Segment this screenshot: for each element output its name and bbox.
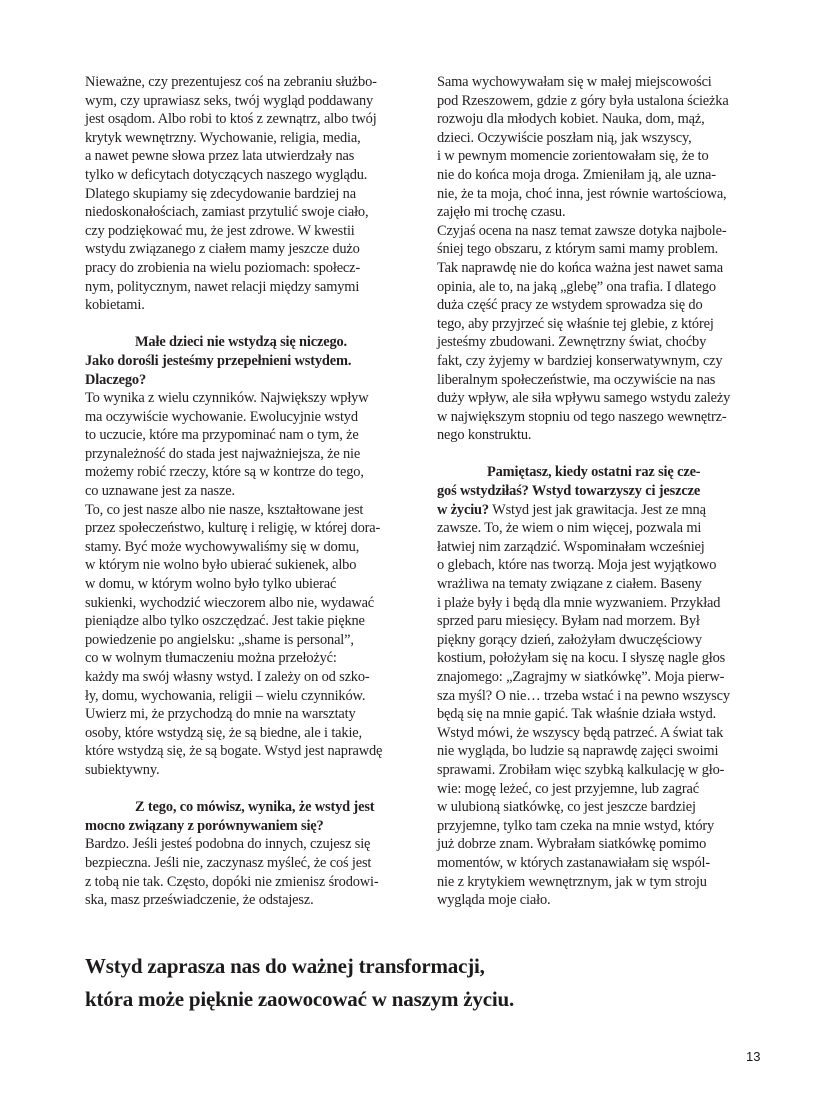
pull-quote: Wstyd zaprasza nas do ważnej transformac…: [85, 950, 514, 1015]
left-column: Nieważne, czy prezentujesz coś na zebran…: [85, 73, 403, 910]
interview-question-answer: Pamiętasz, kiedy ostatni raz się cze- go…: [437, 463, 762, 909]
article-body: Nieważne, czy prezentujesz coś na zebran…: [85, 73, 762, 910]
page-number: 13: [746, 1049, 760, 1064]
paragraph: Sama wychowywałam się w małej miejscowoś…: [437, 73, 762, 222]
interview-answer: Bardzo. Jeśli jesteś podobna do innych, …: [85, 835, 403, 909]
interview-question: Z tego, co mówisz, wynika, że wstyd jest…: [85, 798, 403, 835]
interview-answer: Wstyd jest jak grawitacja. Jest ze mną z…: [437, 502, 730, 908]
interview-answer: To wynika z wielu czynników. Największy …: [85, 389, 403, 501]
paragraph: To, co jest nasze albo nie nasze, kształ…: [85, 501, 403, 780]
interview-question: Małe dzieci nie wstydzą się niczego. Jak…: [85, 333, 403, 389]
right-column: Sama wychowywałam się w małej miejscowoś…: [437, 73, 762, 910]
paragraph: Czyjaś ocena na nasz temat zawsze dotyka…: [437, 222, 762, 445]
paragraph: Nieważne, czy prezentujesz coś na zebran…: [85, 73, 403, 315]
